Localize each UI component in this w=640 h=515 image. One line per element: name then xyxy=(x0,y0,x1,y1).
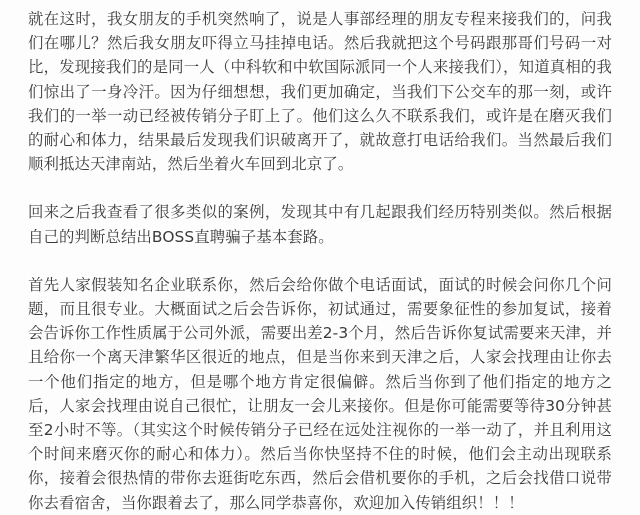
paragraph-scam-routine: 首先人家假装知名企业联系你，然后会给你做个电话面试，面试的时候会问你几个问题，而… xyxy=(28,273,612,453)
paragraph-summary: 回来之后我查看了很多类似的案例，发现其中有几起跟我们经历特别类似。然后根据自己的… xyxy=(28,200,612,248)
article-body: 就在这时，我女朋友的手机突然响了，说是人事部经理的朋友专程来接我们的，问我们在哪… xyxy=(28,7,612,453)
paragraph-phone-call: 就在这时，我女朋友的手机突然响了，说是人事部经理的朋友专程来接我们的，问我们在哪… xyxy=(28,7,612,176)
